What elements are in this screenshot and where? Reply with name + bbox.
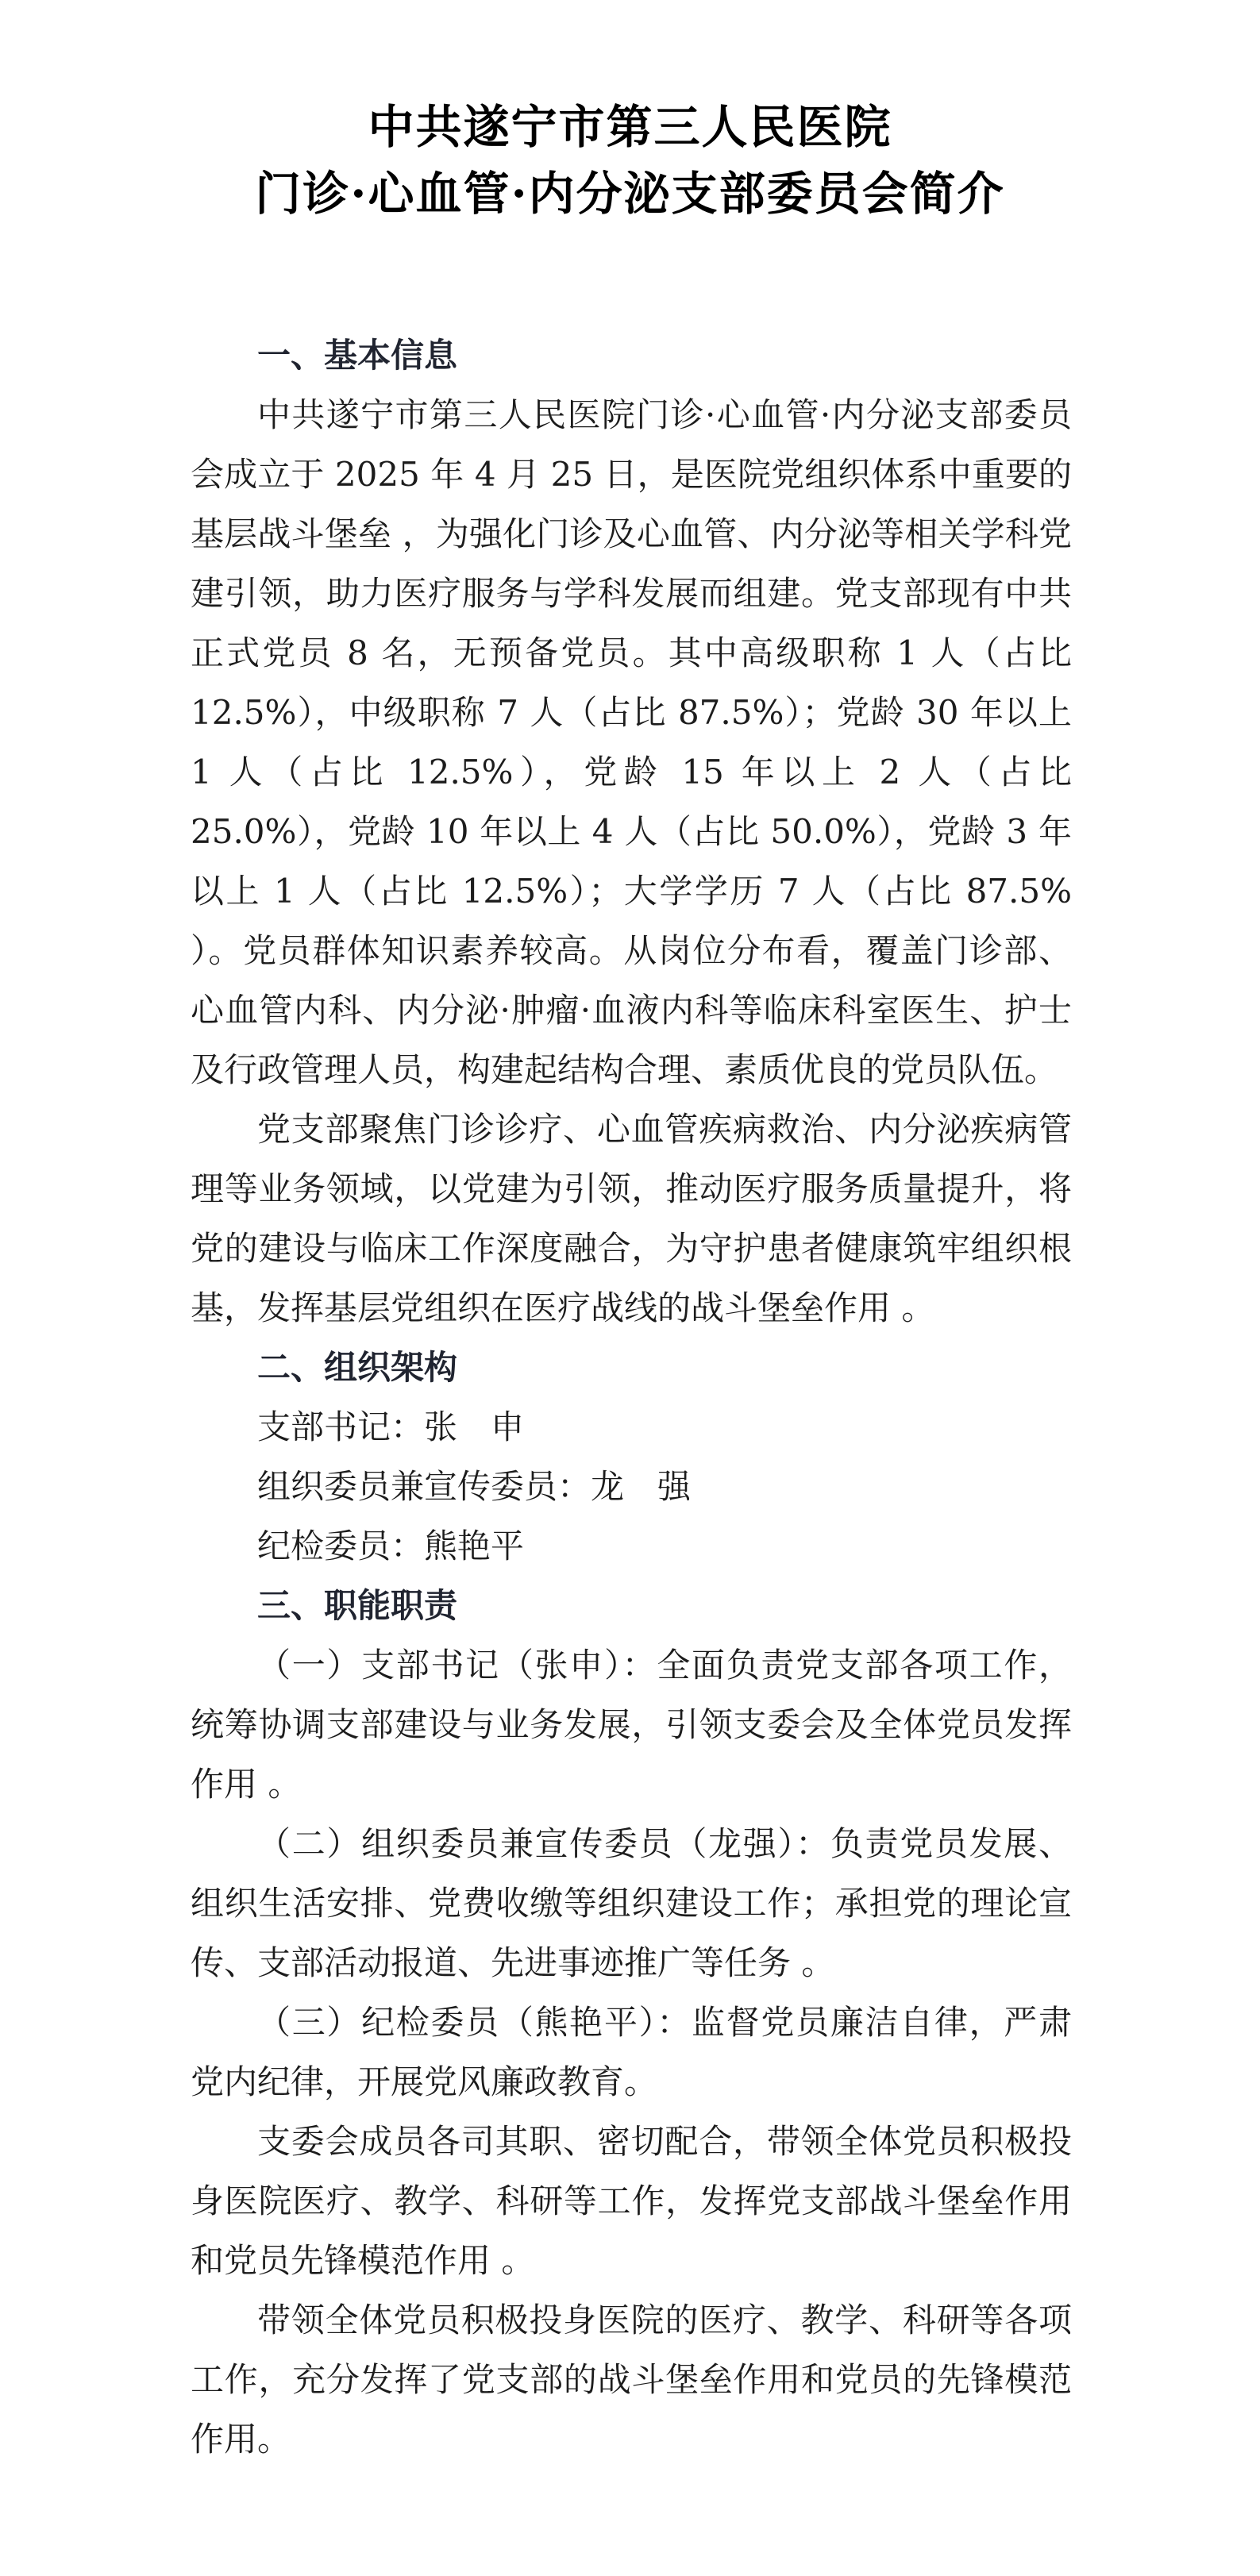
- org-role-line: 组织委员兼宣传委员：龙 强: [191, 1457, 1072, 1516]
- paragraph: （一）支部书记（张申）：全面负责党支部各项工作，统筹协调支部建设与业务发展，引领…: [191, 1635, 1072, 1814]
- document-page: 中共遂宁市第三人民医院 门诊·心血管·内分泌支部委员会简介 一、基本信息中共遂宁…: [0, 0, 1260, 2576]
- section-heading: 二、组织架构: [191, 1338, 1072, 1397]
- org-role-line: 支部书记：张 申: [191, 1397, 1072, 1457]
- section-heading: 一、基本信息: [191, 325, 1072, 385]
- paragraph: 党支部聚焦门诊诊疗、心血管疾病救治、内分泌疾病管理等业务领域，以党建为引领，推动…: [191, 1099, 1072, 1338]
- title-line-2: 门诊·心血管·内分泌支部委员会简介: [0, 160, 1260, 227]
- section-heading: 三、职能职责: [191, 1576, 1072, 1635]
- paragraph: 中共遂宁市第三人民医院门诊·心血管·内分泌支部委员会成立于 2025 年 4 月…: [191, 385, 1072, 1099]
- paragraph: 支委会成员各司其职、密切配合，带领全体党员积极投身医院医疗、教学、科研等工作，发…: [191, 2112, 1072, 2290]
- paragraph: 带领全体党员积极投身医院的医疗、教学、科研等各项工作，充分发挥了党支部的战斗堡垒…: [191, 2290, 1072, 2469]
- document-title: 中共遂宁市第三人民医院 门诊·心血管·内分泌支部委员会简介: [0, 0, 1260, 227]
- paragraph: （三）纪检委员（熊艳平）：监督党员廉洁自律，严肃党内纪律，开展党风廉政教育。: [191, 1993, 1072, 2112]
- document-body: 一、基本信息中共遂宁市第三人民医院门诊·心血管·内分泌支部委员会成立于 2025…: [191, 325, 1072, 2469]
- title-line-1: 中共遂宁市第三人民医院: [0, 94, 1260, 160]
- org-role-line: 纪检委员：熊艳平: [191, 1516, 1072, 1576]
- paragraph: （二）组织委员兼宣传委员（龙强）：负责党员发展、组织生活安排、党费收缴等组织建设…: [191, 1814, 1072, 1993]
